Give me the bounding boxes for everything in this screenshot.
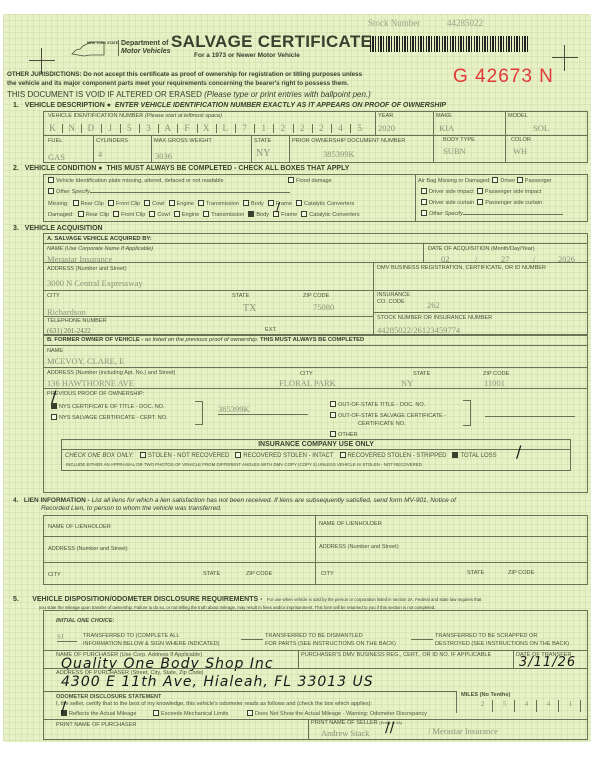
weight-label: MAX GROSS WEIGHT: [154, 138, 212, 144]
state-value[interactable]: NY: [256, 148, 270, 159]
vin-divider: [331, 124, 332, 133]
missing-label: Missing:: [48, 201, 69, 207]
divider: [423, 243, 424, 262]
passenger-curtain-text: Passenger side curtain: [485, 200, 542, 206]
vin-char: F: [179, 123, 194, 133]
agency-line1: Department of: [121, 40, 171, 48]
damaged-checkbox[interactable]: [78, 211, 84, 217]
vin-divider: [350, 124, 351, 133]
make-value[interactable]: KIA: [439, 123, 454, 133]
agency-name: Department of Motor Vehicles: [121, 40, 171, 56]
former-zip-label: ZIP CODE: [483, 371, 509, 377]
miles-digit: 1: [561, 700, 581, 712]
divider: [43, 345, 588, 346]
odo-exceeds-option[interactable]: Exceeds Mechanical Limits: [153, 710, 228, 717]
missing-row: Missing:Rear ClipFront ClipCowlEngineTra…: [48, 200, 354, 207]
damaged-part-label: Engine: [182, 212, 199, 218]
damaged-rear-clip-option[interactable]: Rear Clip: [78, 212, 109, 218]
missing-checkbox[interactable]: [268, 200, 274, 206]
acquisition-date-label: DATE OF ACQUISITION (Month/Day/Year): [428, 246, 535, 252]
missing-checkbox[interactable]: [243, 200, 249, 206]
insurance-option-checkbox[interactable]: [140, 452, 146, 458]
handwritten-check-icon: /: [276, 200, 280, 214]
vin-divider: [273, 124, 274, 133]
insurance-option[interactable]: RECOVERED STOLEN - STRIPPED: [340, 453, 447, 459]
missing-part-label: Catalytic Converters: [304, 201, 354, 207]
vin-divider: [177, 124, 178, 133]
divider: [315, 515, 316, 585]
divider: [415, 174, 416, 222]
barcode: [370, 36, 530, 52]
stock-number-value: 44285022: [447, 18, 483, 28]
airbag-passenger-text: Passenger: [525, 178, 552, 184]
proof-salvage-text: NYS SALVAGE CERTIFICATE - CERT. NO.: [59, 415, 168, 421]
vin-char: N: [64, 123, 79, 133]
divider: [43, 562, 588, 563]
odometer-text: I, the seller, certify that to the best …: [56, 701, 372, 707]
vin-label-text: VEHICLE IDENTIFICATION NUMBER: [48, 113, 143, 119]
odo-actual-option[interactable]: Reflects the Actual Mileage: [61, 710, 136, 717]
salvage-certificate-page: Stock Number 44285022 NEW YORK STATE Dep…: [3, 14, 591, 742]
choice1-text: TRANSFERRED TO (COMPLETE ALLINFORMATION …: [83, 632, 220, 648]
vin-divider: [254, 124, 255, 133]
insurance-option-label: STOLEN - NOT RECOVERED: [148, 453, 229, 459]
vin-char: J: [103, 123, 118, 133]
choice3-text: TRANSFERRED TO BE SCRAPPED ORDESTROYED (…: [435, 632, 569, 648]
vin-char: 2: [275, 123, 290, 133]
proof-title-option[interactable]: NYS CERTIFICATE OF TITLE - DOC. NO.: [51, 403, 165, 410]
section3a-title: A. SALVAGE VEHICLE ACQUIRED BY:: [47, 236, 152, 242]
vin-plate-text: Vehicle Identification plate missing, al…: [56, 178, 224, 184]
lien2-state-label: STATE: [467, 570, 484, 576]
damaged-part-label: Rear Clip: [86, 212, 109, 218]
bracket: [195, 401, 203, 425]
divider: [43, 290, 588, 291]
phone-label: TELEPHONE NUMBER: [47, 318, 107, 324]
choice2-a: TRANSFERRED TO BE DISMANTLED: [265, 632, 396, 640]
acquirer-state-value[interactable]: TX: [243, 303, 256, 314]
missing-checkbox[interactable]: [108, 200, 114, 206]
cylinders-label: CYLINDERS: [96, 138, 128, 144]
damaged-label: Damaged:: [48, 212, 74, 218]
handwritten-check-icon: /: [516, 442, 521, 461]
lienholder2-label: NAME OF LIENHOLDER: [319, 521, 382, 527]
vin-divider: [81, 124, 82, 133]
vin-char: X: [199, 123, 214, 133]
missing-catalytic-converters-option[interactable]: Catalytic Converters: [296, 201, 354, 207]
divider: [505, 111, 506, 163]
vin-char: 7: [237, 123, 252, 133]
driver-curtain-checkbox[interactable]: [421, 199, 427, 205]
passenger-impact-checkbox[interactable]: [477, 188, 483, 194]
vin-label: VEHICLE IDENTIFICATION NUMBER (Please st…: [48, 113, 222, 119]
seller-name-value[interactable]: Andrew Stack: [321, 728, 369, 738]
vin-divider: [293, 124, 294, 133]
proof-salvage-option[interactable]: NYS SALVAGE CERTIFICATE - CERT. NO.: [51, 414, 168, 421]
divider: [373, 312, 588, 313]
airbag-row: Air Bag Missing or Damaged: Driver Passe…: [418, 177, 552, 184]
lien1-city-label: CITY: [48, 572, 61, 578]
vin-divider: [62, 124, 63, 133]
vin-char: 5: [122, 123, 137, 133]
flood-checkbox[interactable]: [288, 177, 294, 183]
registration-mark: [552, 45, 578, 71]
former-name-label: NAME: [47, 348, 63, 354]
agency-state: NEW YORK STATE: [87, 41, 118, 45]
former-city-label: CITY: [300, 371, 313, 377]
damaged-checkbox[interactable]: [301, 211, 307, 217]
fuel-value[interactable]: GAS: [48, 152, 65, 162]
divider: [93, 135, 94, 163]
damaged-part-label: Frame: [281, 212, 297, 218]
vin-char: 1: [256, 123, 271, 133]
other-specify-text: Other Specify: [56, 189, 90, 195]
purchaser-dmv-label: PURCHASER'S DMV BUSINESS REG., CERT., OR…: [301, 652, 491, 658]
former-state-value[interactable]: NY: [401, 378, 413, 388]
odo-not-actual-text: Does Not Show the Actual Mileage - Warni…: [255, 711, 427, 717]
damaged-part-label: Body: [256, 212, 269, 218]
driver-impact-text: Driver side impact: [429, 189, 474, 195]
section3-number: 3.: [13, 225, 19, 232]
cylinders-value[interactable]: 4: [98, 149, 102, 159]
proof-salvage-checkbox[interactable]: [51, 414, 57, 420]
divider: [251, 135, 252, 163]
acquirer-state-label: STATE: [232, 293, 249, 299]
missing-checkbox[interactable]: [144, 200, 150, 206]
handwritten-check-icon: /: [61, 698, 66, 716]
insurance-option-label: RECOVERED STOLEN - INTACT: [243, 453, 333, 459]
year-label: YEAR: [378, 113, 393, 119]
section4-title: LIEN INFORMATION -: [24, 497, 90, 504]
purchaser-address-value[interactable]: 4300 E 11th Ave, Hialeah, FL 33013 US: [61, 674, 374, 690]
initial-choice2-field[interactable]: [241, 639, 263, 640]
odo-not-actual-option[interactable]: Does Not Show the Actual Mileage - Warni…: [247, 710, 427, 717]
choice1-a: TRANSFERRED TO (COMPLETE ALL: [83, 632, 220, 640]
jurisdiction-line2: the vehicle and its major component part…: [7, 79, 362, 88]
section4-number: 4.: [13, 497, 18, 504]
divider: [43, 334, 588, 336]
section4-text1: List all liens for which a lien satisfac…: [92, 497, 456, 504]
former-name-value[interactable]: MCEVOY, CLARE, E: [47, 356, 124, 366]
passenger-curtain-checkbox[interactable]: [477, 199, 483, 205]
odo-exceeds-checkbox[interactable]: [153, 710, 159, 716]
right-other-row: Other Specify: [421, 210, 563, 217]
bracket: [463, 400, 471, 426]
damaged-checkbox[interactable]: [113, 211, 119, 217]
flood-text: Flood damage: [296, 178, 332, 184]
acquirer-name-label: NAME (Use Corporate Name If Applicable): [47, 246, 153, 252]
missing-checkbox[interactable]: [198, 200, 204, 206]
airbag-passenger-checkbox[interactable]: [517, 177, 523, 183]
missing-part-label: Transmission: [206, 201, 239, 207]
insurance-option-checkbox[interactable]: [340, 452, 346, 458]
body-type-value[interactable]: SUBN: [443, 146, 466, 156]
proof-other-option[interactable]: OTHER: [330, 431, 358, 438]
section3-title: VEHICLE ACQUISITION: [25, 225, 103, 232]
former-address-value[interactable]: 136 HAWTHORNE AVE: [47, 378, 134, 388]
damaged-transmission-option[interactable]: Transmission: [203, 212, 244, 218]
divider: [43, 316, 373, 317]
section4-text2: Recorded Lien, to person to whom the veh…: [41, 505, 222, 512]
insurance-note: INCLUDE EITHER AN APPRAISAL OR TWO PHOTO…: [66, 462, 422, 467]
vin-hint: (Please start at leftmost space): [145, 113, 222, 119]
initial-choice1-value[interactable]: SJ: [57, 633, 77, 642]
divider: [289, 135, 290, 163]
model-value[interactable]: SOL: [533, 123, 549, 133]
check-one-label: CHECK ONE BOX ONLY:: [65, 453, 134, 459]
vin-char: 2: [295, 123, 310, 133]
divider: [43, 668, 588, 669]
lien2-zip-label: ZIP CODE: [508, 570, 534, 576]
proof-other-checkbox[interactable]: [330, 431, 336, 437]
vin-divider: [120, 124, 121, 133]
choice3-a: TRANSFERRED TO BE SCRAPPED OR: [435, 632, 569, 640]
ext-label: EXT.: [265, 327, 277, 333]
other-specify-option[interactable]: Other Specify: [48, 188, 290, 195]
passenger-impact-text: Passenger side impact: [485, 189, 542, 195]
vin-divider: [312, 124, 313, 133]
seller-entity-value[interactable]: / Merastar Insurance: [428, 726, 498, 736]
vin-char: D: [83, 123, 98, 133]
proof-oos-title-option[interactable]: OUT-OF-STATE TITLE - DOC. NO.: [330, 401, 425, 408]
damaged-body-option[interactable]: Body: [248, 212, 269, 218]
damaged-checkbox[interactable]: [203, 211, 209, 217]
dmv-reg-label: DMV BUSINESS REGISTRATION, CERTIFICATE, …: [377, 265, 546, 271]
section2-instruction: THIS MUST ALWAYS BE COMPLETED - CHECK AL…: [106, 165, 349, 172]
body-type-label: BODY TYPE: [443, 137, 475, 143]
lien2-address-label: ADDRESS (Number and Street): [319, 544, 399, 550]
insurance-option[interactable]: TOTAL LOSS: [452, 453, 496, 459]
vin-plate-option[interactable]: Vehicle Identification plate missing, al…: [48, 177, 224, 184]
proof-oos-salvage-option[interactable]: OUT-OF-STATE SALVAGE CERTIFICATE -: [330, 412, 446, 419]
year-value[interactable]: 2020: [378, 123, 395, 133]
insurance-option-label: RECOVERED STOLEN - STRIPPED: [348, 453, 447, 459]
insurance-code-value[interactable]: 262: [427, 300, 440, 310]
divider: [433, 135, 434, 163]
divider: [375, 111, 376, 135]
miles-label: MILES (No Tenths): [461, 692, 510, 698]
right-other-checkbox[interactable]: [421, 210, 427, 216]
miles-digit: 4: [539, 700, 559, 712]
vin-divider: [101, 124, 102, 133]
insurance-option[interactable]: RECOVERED STOLEN - INTACT: [235, 453, 333, 459]
missing-front-clip-option[interactable]: Front Clip: [108, 201, 140, 207]
vin-divider: [216, 124, 217, 133]
insurance-use-title: INSURANCE COMPANY USE ONLY: [61, 441, 571, 448]
vin-char: 4: [333, 123, 348, 133]
acquirer-city-label: CITY: [47, 293, 60, 299]
choice3-b: DESTROYED (SEE INSTRUCTIONS ON THE BACK): [435, 640, 569, 648]
acquirer-address-label: ADDRESS (Number and Street): [47, 266, 127, 272]
damaged-checkbox[interactable]: [248, 211, 254, 217]
ins-label-2: CO. CODE: [377, 299, 410, 306]
damaged-part-label: Catalytic Converters: [309, 212, 359, 218]
fuel-label: FUEL: [48, 138, 62, 144]
initial-choice3-field[interactable]: [411, 639, 433, 640]
vin-plate-checkbox[interactable]: [48, 177, 54, 183]
damaged-part-label: Front Clip: [121, 212, 145, 218]
vin-field[interactable]: KNDJ53AFXL7122245: [45, 122, 375, 134]
section1-number: 1.: [13, 102, 19, 109]
section5-text1: For use when vehicle is sold by the pers…: [267, 597, 481, 602]
proof-oos-salvage-checkbox[interactable]: [330, 412, 336, 418]
missing-checkbox[interactable]: [169, 200, 175, 206]
choice2-text: TRANSFERRED TO BE DISMANTLEDFOR PARTS (S…: [265, 632, 396, 648]
section2-number: 2.: [13, 165, 19, 172]
vin-divider: [158, 124, 159, 133]
divider: [43, 135, 588, 136]
divider: [43, 691, 456, 692]
section2-heading: 2. VEHICLE CONDITION ● THIS MUST ALWAYS …: [13, 165, 349, 172]
document-subtitle: For a 1973 or Newer Motor Vehicle: [194, 52, 300, 59]
proof-doc-value[interactable]: 385399K: [218, 404, 308, 415]
void-notice: THIS DOCUMENT IS VOID IF ALTERED OR ERAS…: [7, 90, 371, 99]
missing-checkbox[interactable]: [73, 200, 79, 206]
vin-char: 3: [141, 123, 156, 133]
former-city-value[interactable]: FLORAL PARK: [279, 378, 336, 388]
insurance-option-checkbox[interactable]: [235, 452, 241, 458]
divider: [298, 650, 299, 668]
jurisdiction-label: OTHER JURISDICTIONS:: [7, 71, 82, 78]
divider: [43, 262, 588, 263]
miles-digit: 2: [473, 700, 493, 712]
section2-title: VEHICLE CONDITION: [25, 165, 97, 172]
miles-field[interactable]: 25441: [473, 700, 583, 712]
odo-exceeds-text: Exceeds Mechanical Limits: [161, 711, 228, 717]
acquirer-zip-value[interactable]: 75080: [313, 302, 334, 312]
prior-doc-label: PRIOR OWNERSHIP DOCUMENT NUMBER: [292, 138, 405, 144]
missing-part-label: Front Clip: [116, 201, 140, 207]
jurisdiction-line1: Do not accept this certificate as proof …: [83, 71, 362, 78]
lien2-city-label: CITY: [321, 571, 334, 577]
proof-oos-title-checkbox[interactable]: [330, 401, 336, 407]
damaged-checkbox[interactable]: [174, 211, 180, 217]
agency-line2: Motor Vehicles: [121, 48, 171, 56]
missing-cowl-option[interactable]: Cowl: [144, 201, 164, 207]
damaged-part-label: Transmission: [211, 212, 244, 218]
logo-divider: [118, 40, 119, 56]
missing-part-label: Cowl: [152, 201, 164, 207]
former-zip-value[interactable]: 11001: [484, 378, 505, 388]
damaged-part-label: Cowl: [157, 212, 169, 218]
lienholder1-label: NAME OF LIENHOLDER: [48, 524, 111, 530]
odometer-title: ODOMETER DISCLOSURE STATEMENT: [56, 694, 161, 700]
proof-title-text: NYS CERTIFICATE OF TITLE - DOC. NO.: [59, 404, 165, 410]
insurance-option[interactable]: STOLEN - NOT RECOVERED: [140, 453, 229, 459]
prior-doc-value[interactable]: 385399K: [323, 149, 355, 159]
odo-actual-text: Reflects the Actual Mileage: [69, 711, 136, 717]
proof-label: PREVIOUS PROOF OF OWNERSHIP:: [47, 391, 144, 397]
color-label: COLOR: [511, 137, 531, 143]
choice2-b: FOR PARTS (SEE INSTRUCTIONS ON THE BACK): [265, 640, 396, 648]
section4-heading: 4. LIEN INFORMATION - List all liens for…: [13, 497, 588, 513]
acquirer-address-value[interactable]: 3000 N Central Expressway: [47, 278, 143, 288]
divider: [433, 111, 434, 135]
divider: [43, 367, 588, 368]
flood-option[interactable]: Flood damage: [288, 177, 332, 184]
divider: [485, 416, 575, 417]
missing-checkbox[interactable]: [296, 200, 302, 206]
document-title: SALVAGE CERTIFICATE: [171, 32, 372, 52]
former-state-label: STATE: [413, 371, 430, 377]
divider: [513, 650, 514, 668]
vin-divider: [139, 124, 140, 133]
miles-digit: 4: [517, 700, 537, 712]
odo-not-actual-checkbox[interactable]: [247, 710, 253, 716]
handwritten-mark-icon: //: [385, 720, 394, 736]
proof-oos-salvage-text: OUT-OF-STATE SALVAGE CERTIFICATE -: [338, 413, 446, 419]
make-label: MAKE: [436, 113, 452, 119]
insurance-options-row: CHECK ONE BOX ONLY:STOLEN - NOT RECOVERE…: [65, 452, 497, 459]
section3b-title: B. FORMER OWNER OF VEHICLE - as listed o…: [47, 337, 364, 343]
damaged-engine-option[interactable]: Engine: [174, 212, 199, 218]
airbag-label: Air Bag Missing or Damaged:: [418, 178, 491, 184]
proof-title-checkbox[interactable]: [51, 403, 57, 409]
vin-char: 5: [352, 123, 367, 133]
color-value[interactable]: WH: [513, 146, 527, 156]
insurance-option-checkbox[interactable]: [452, 452, 458, 458]
section5-number: 5.: [13, 596, 19, 603]
other-checkbox[interactable]: [48, 188, 54, 194]
divider: [151, 135, 152, 163]
lien1-zip-label: ZIP CODE: [246, 571, 272, 577]
missing-engine-option[interactable]: Engine: [169, 201, 194, 207]
right-other-text: Other Specify: [429, 211, 463, 217]
airbag-driver-checkbox[interactable]: [492, 177, 498, 183]
vin-char: L: [218, 123, 233, 133]
missing-body-option[interactable]: Body: [243, 201, 264, 207]
missing-rear-clip-option[interactable]: Rear Clip: [73, 201, 104, 207]
lien1-address-label: ADDRESS (Number and Street): [48, 546, 128, 552]
damaged-catalytic-converters-option[interactable]: Catalytic Converters: [301, 212, 359, 218]
driver-impact-checkbox[interactable]: [421, 188, 427, 194]
divider: [43, 650, 588, 651]
stock-number-label: Stock Number: [368, 18, 420, 28]
divider: [373, 262, 374, 334]
void-notice-italic: (Please type or print entries with ballp…: [204, 90, 371, 99]
damaged-cowl-option[interactable]: Cowl: [149, 212, 169, 218]
void-notice-text: THIS DOCUMENT IS VOID IF ALTERED OR ERAS…: [7, 90, 202, 99]
lien1-state-label: STATE: [203, 571, 220, 577]
divider: [43, 388, 588, 389]
proof-oos-title-text: OUT-OF-STATE TITLE - DOC. NO.: [338, 402, 425, 408]
driver-curtain-text: Driver side curtain: [429, 200, 474, 206]
miles-digit: 5: [495, 700, 515, 712]
print-purchaser-label: PRINT NAME OF PURCHASER: [56, 722, 136, 728]
missing-part-label: Body: [251, 201, 264, 207]
vin-divider: [235, 124, 236, 133]
model-label: MODEL: [508, 113, 528, 119]
divider: [61, 449, 571, 450]
proof-other-text: OTHER: [338, 432, 358, 438]
section1-title: VEHICLE DESCRIPTION: [25, 102, 105, 109]
weight-value[interactable]: 3036: [155, 151, 172, 161]
section3b-title-text: B. FORMER OWNER OF VEHICLE -: [47, 337, 143, 343]
initial-choice-label: INITIAL ONE CHOICE:: [56, 618, 114, 624]
former-address-label: ADDRESS (Number (including Apt. No.) and…: [47, 370, 175, 376]
missing-transmission-option[interactable]: Transmission: [198, 201, 239, 207]
divider: [43, 243, 588, 244]
print-seller-label-text: PRINT NAME OF SELLER: [311, 720, 378, 726]
damaged-front-clip-option[interactable]: Front Clip: [113, 212, 145, 218]
section5-title: VEHICLE DISPOSITION/ODOMETER DISCLOSURE …: [32, 596, 262, 603]
damaged-checkbox[interactable]: [149, 211, 155, 217]
proof-oos-cert-text: CERTIFICATE NO.: [358, 421, 406, 427]
curtain-row: Driver side curtain Passenger side curta…: [421, 199, 542, 206]
vin-char: A: [160, 123, 175, 133]
section3-heading: 3. VEHICLE ACQUISITION: [13, 225, 103, 232]
choice1-b: INFORMATION BELOW & SIGN WHERE INDICATED…: [83, 640, 220, 648]
